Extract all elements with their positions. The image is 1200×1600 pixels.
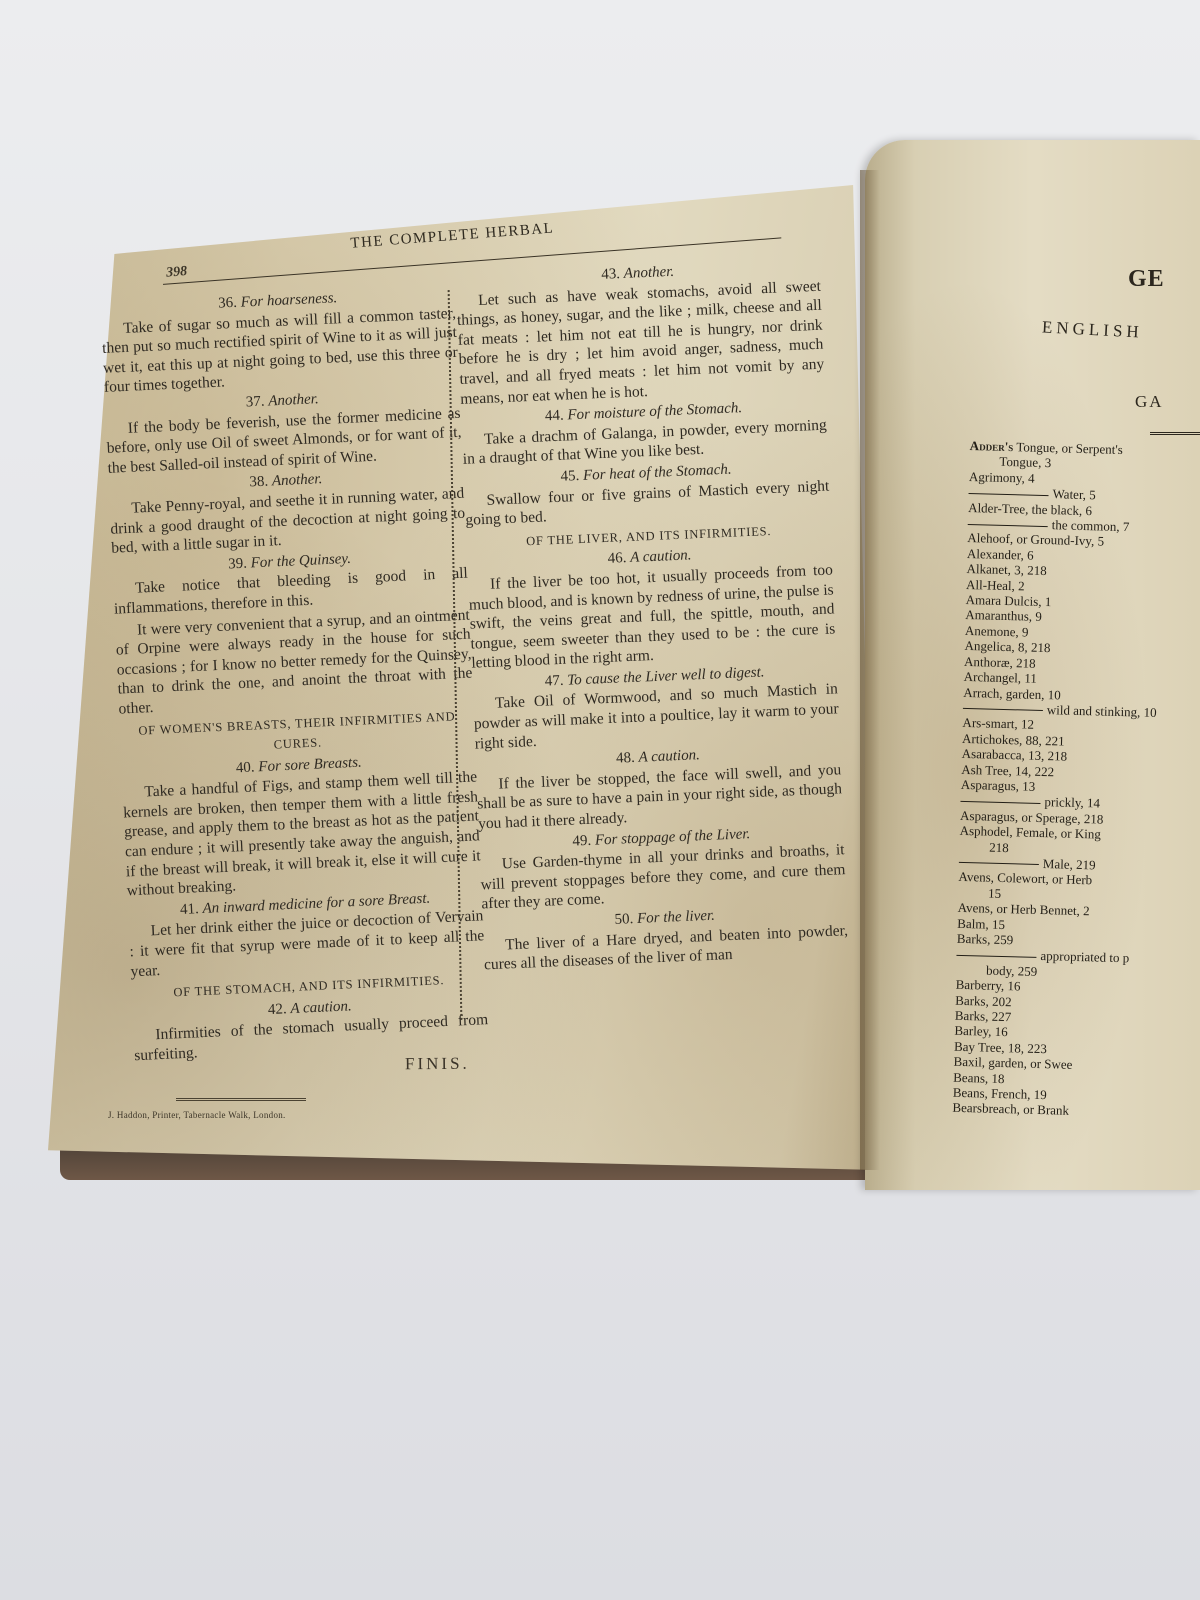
printer-rule [176, 1098, 306, 1101]
recipe-title-text: For sore Breasts. [258, 754, 362, 775]
recipe-entry: 48. A caution.If the liver be stopped, t… [475, 741, 843, 835]
recipe-title-text: Another. [272, 471, 323, 489]
index-lead-word: Adder's [970, 438, 1014, 454]
recipe-number: 49. [572, 832, 595, 849]
index-text: Male, 219 [1043, 856, 1096, 872]
recipe-title-text: A caution. [630, 548, 692, 567]
recipe-entry: 37. Another.If the body be feverish, use… [105, 384, 463, 478]
recipe-entry: 36. For hoarseness.Take of sugar so much… [100, 284, 459, 398]
recipe-title-text: Another. [268, 391, 319, 409]
index-text: Amara Dulcis, 1 [966, 592, 1052, 609]
index-text: wild and stinking, 10 [1047, 702, 1157, 720]
recipe-entry: 38. Another.Take Penny-royal, and seethe… [108, 464, 466, 558]
index-text: Anthoræ, 218 [964, 654, 1036, 671]
index-text: Alkanet, 3, 218 [966, 561, 1047, 578]
ditto-rule [959, 862, 1039, 865]
column-b: 43. Another.Let such as have weak stomac… [455, 257, 849, 977]
recipe-entry: 40. For sore Breasts.Take a handful of F… [121, 748, 482, 901]
recipe-number: 40. [236, 759, 259, 776]
recipe-entry: 49. For stoppage of the Liver.Use Garden… [479, 821, 847, 915]
recipe-title-text: For hoarseness. [240, 290, 337, 310]
recipe-entry: 45. For heat of the Stomach.Swallow four… [463, 456, 830, 530]
finis-text: FINIS. [405, 1054, 470, 1075]
recipe-number: 48. [616, 750, 639, 767]
page-number: 398 [166, 264, 188, 282]
index-text: Amaranthus, 9 [965, 607, 1042, 624]
ditto-rule [960, 801, 1040, 804]
index-text: appropriated to p [1040, 948, 1129, 965]
index-text: Angelica, 8, 218 [964, 638, 1050, 655]
index-text: Ars-smart, 12 [962, 715, 1034, 732]
index-text: Anemone, 9 [965, 623, 1029, 640]
recipe-title-text: For heat of the Stomach. [583, 462, 732, 484]
index-text: Asphodel, Female, or King [960, 823, 1102, 842]
recipe-title-text: Another. [623, 264, 674, 282]
index-text: Balm, 15 [957, 915, 1005, 931]
recipe-body: Take a handful of Figs, and stamp them w… [122, 768, 482, 902]
book-gutter [860, 170, 880, 1170]
index-text: Asparagus, 13 [961, 777, 1036, 794]
index-text: Barks, 227 [955, 1008, 1012, 1024]
index-text: Barley, 16 [954, 1023, 1008, 1039]
index-text: Barks, 202 [955, 992, 1012, 1008]
recipe-entry: 47. To cause the Liver well to digest.Ta… [472, 660, 840, 754]
recipe-body: If the liver be too hot, it usually proc… [468, 560, 837, 673]
recipe-number: 47. [544, 673, 567, 690]
column-a: 36. For hoarseness.Take of sugar so much… [100, 284, 489, 1068]
recipe-number: 50. [614, 911, 637, 928]
recipe-number: 45. [560, 468, 583, 485]
recipe-number: 44. [545, 408, 568, 425]
recipe-number: 39. [228, 555, 251, 572]
index-text: Beans, 18 [953, 1069, 1005, 1085]
recipe-number: 41. [180, 901, 203, 918]
right-heading-rule [1150, 432, 1200, 435]
running-head-title: THE COMPLETE HERBAL [350, 220, 555, 252]
recipe-entry: 50. For the liver.The liver of a Hare dr… [482, 901, 849, 975]
index-text: Agrimony, 4 [969, 469, 1035, 486]
recipe-body: Let such as have weak stomachs, avoid al… [456, 276, 826, 409]
ditto-rule [956, 955, 1036, 958]
recipe-body: Take of sugar so much as will fill a com… [101, 303, 459, 397]
recipe-number: 36. [218, 295, 241, 312]
herb-index-list: Adder's Tongue, or Serpent'sTongue, 3Agr… [952, 438, 1200, 1122]
right-page-heading-garden: GA [1135, 392, 1164, 412]
index-text: Alexander, 6 [967, 546, 1034, 563]
index-text: Archangel, 11 [964, 669, 1038, 686]
recipe-number: 38. [249, 474, 272, 491]
recipe-title-text: A caution. [638, 747, 700, 766]
index-text: prickly, 14 [1044, 794, 1100, 810]
index-text: Avens, Colewort, or Herb [958, 869, 1092, 887]
recipe-title-text: For the liver. [637, 908, 716, 927]
index-text: Barks, 259 [957, 931, 1014, 947]
recipe-number: 42. [268, 1001, 291, 1018]
recipe-entry: 41. An inward medicine for a sore Breast… [127, 887, 485, 981]
recipe-paragraph: It were very convenient that a syrup, an… [115, 605, 474, 719]
recipe-number: 37. [245, 393, 268, 410]
ditto-rule [968, 524, 1048, 527]
recipe-entry: 43. Another.Let such as have weak stomac… [455, 257, 825, 409]
index-text: Water, 5 [1052, 486, 1096, 502]
printer-imprint: J. Haddon, Printer, Tabernacle Walk, Lon… [108, 1110, 286, 1120]
recipe-title-text: For the Quinsey. [250, 551, 351, 572]
index-text: Barberry, 16 [955, 977, 1020, 994]
recipe-number: 46. [607, 550, 630, 567]
index-text: Bearsbreach, or Brank [952, 1100, 1069, 1118]
right-page-heading-general: GE [1128, 266, 1165, 293]
ditto-rule [963, 708, 1043, 711]
ditto-rule [969, 493, 1049, 496]
index-text: All-Heal, 2 [966, 577, 1025, 594]
index-text: the common, 7 [1052, 517, 1130, 534]
recipe-number: 43. [601, 266, 624, 283]
recipe-entry: 46. A caution.If the liver be too hot, i… [467, 541, 837, 674]
recipe-title-text: A caution. [290, 998, 352, 1017]
